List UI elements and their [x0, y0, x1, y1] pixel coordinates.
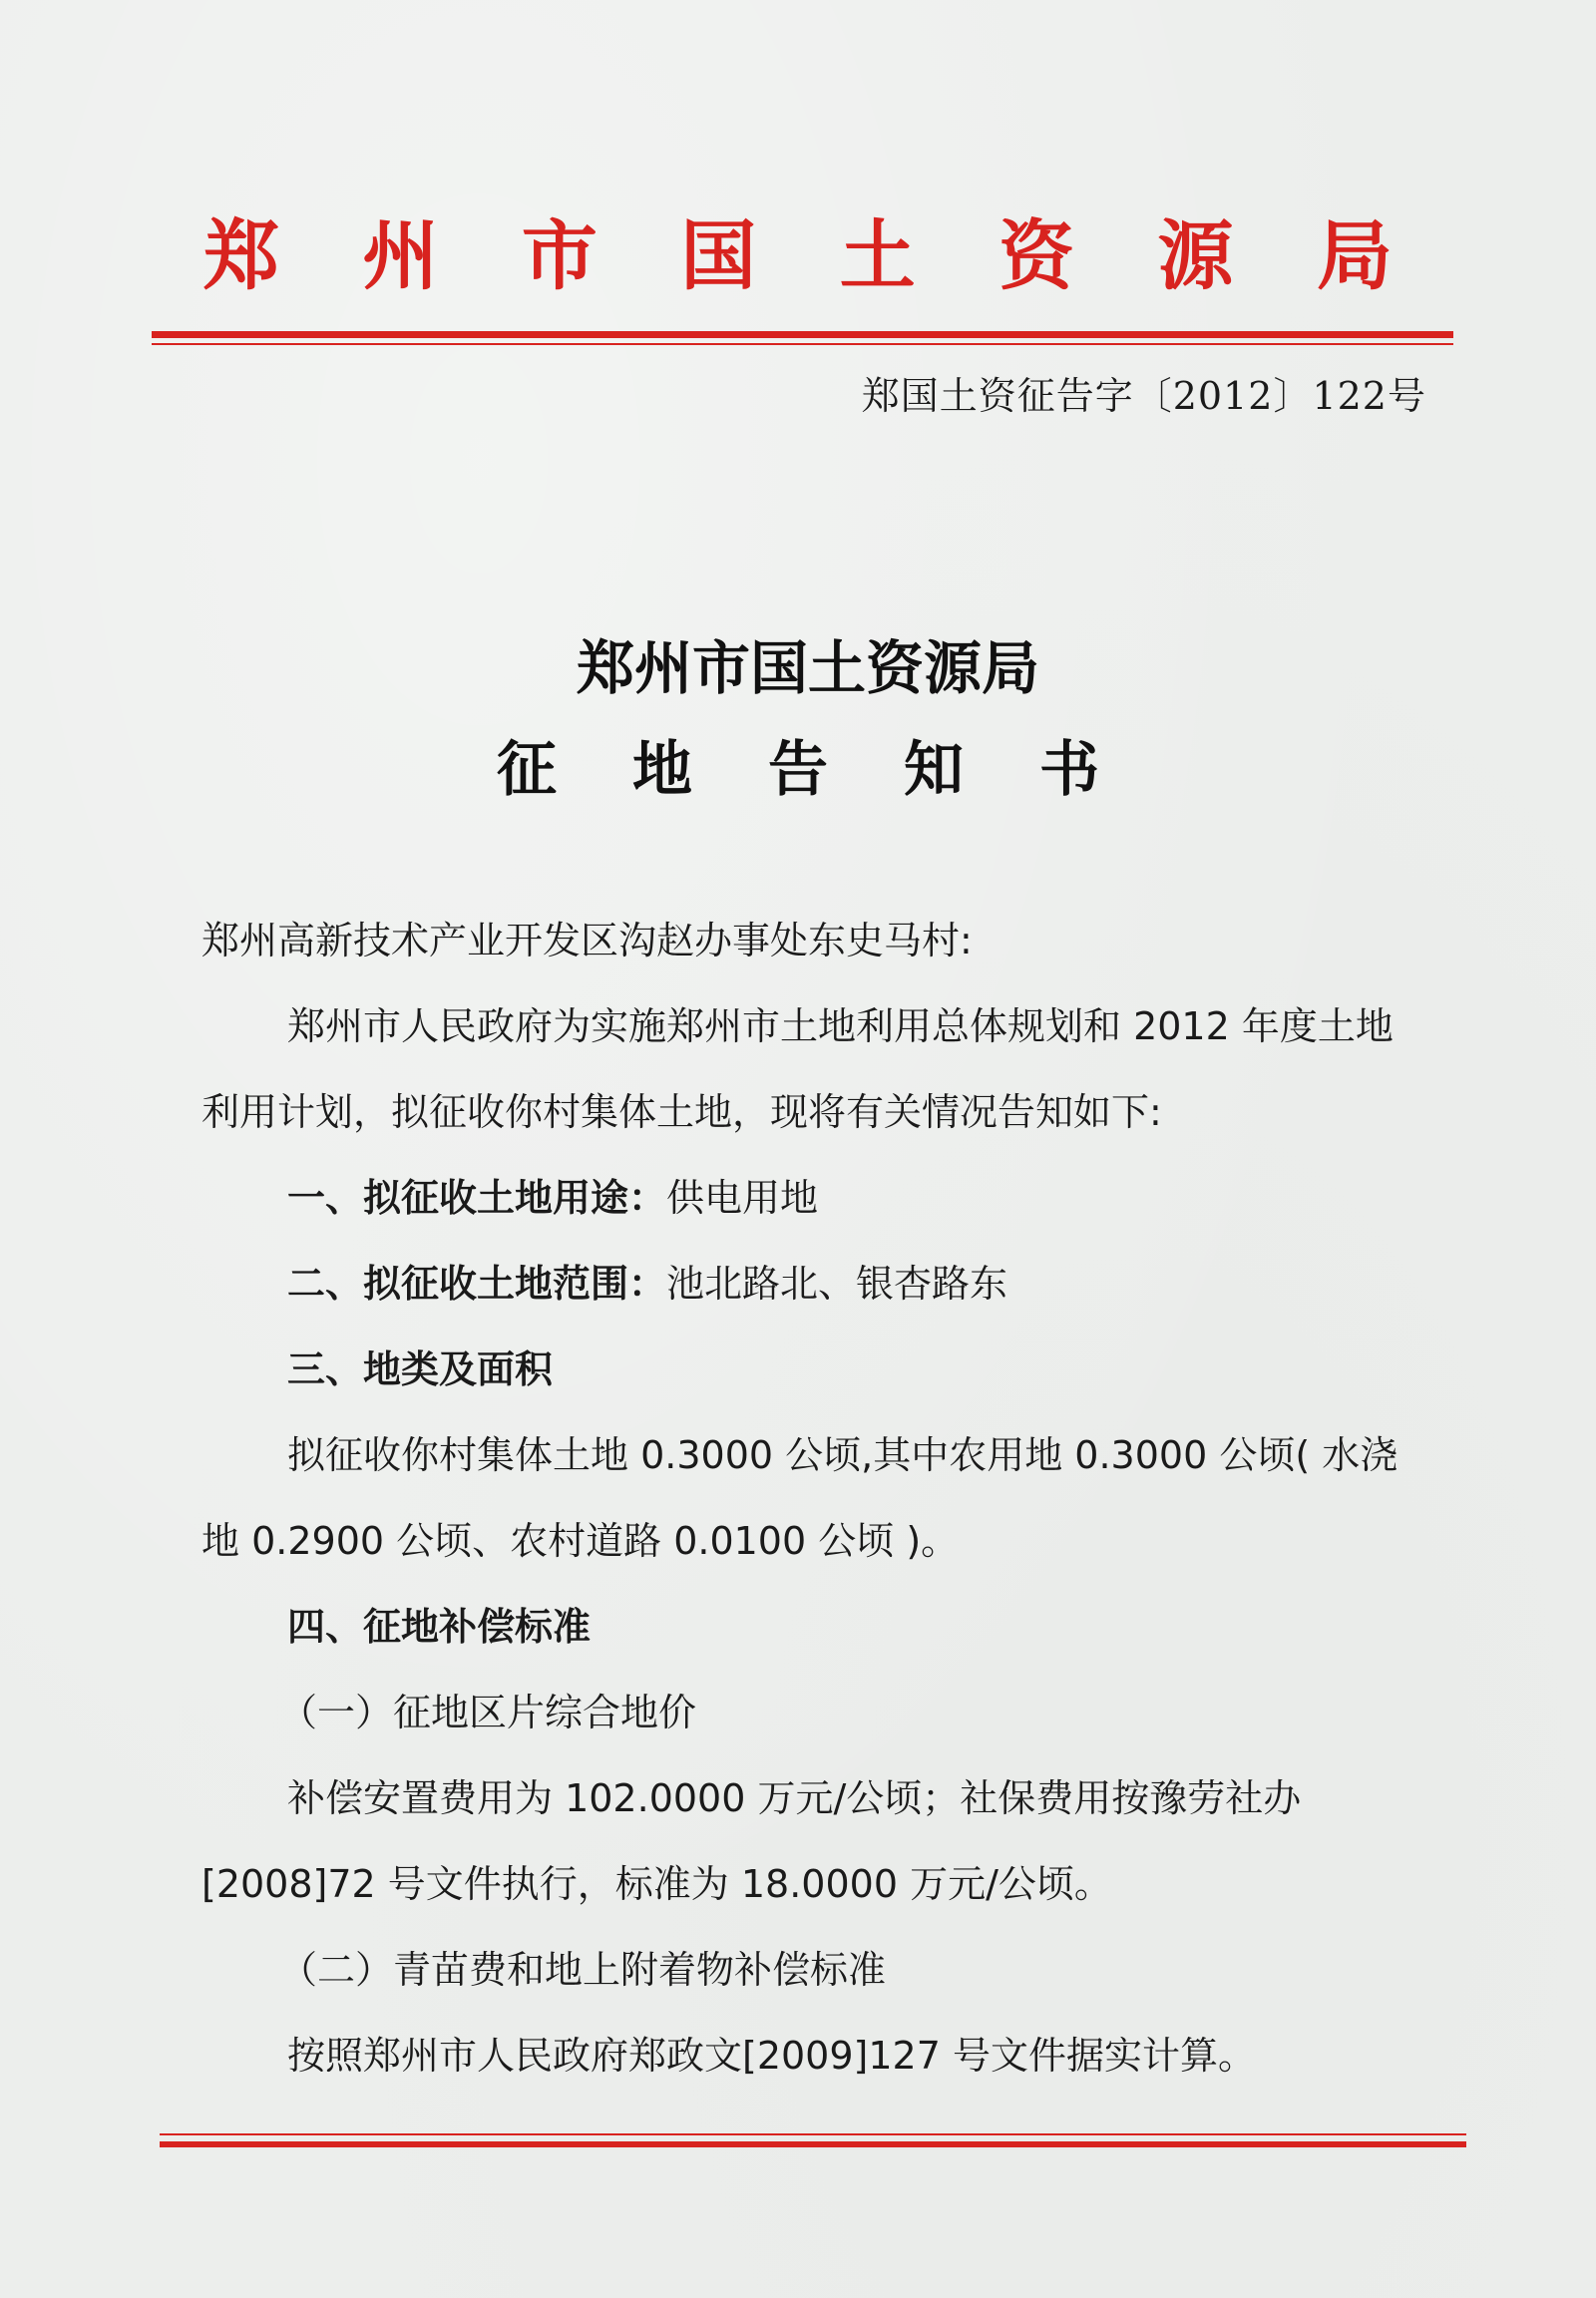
letterhead-char: 资	[995, 195, 1078, 304]
letterhead-char: 郑	[199, 195, 283, 304]
letterhead-char: 州	[358, 195, 442, 304]
letterhead-char: 市	[518, 195, 601, 304]
subsection-land-price: （一）征地区片综合地价	[201, 1670, 1428, 1755]
title-char: 书	[1024, 730, 1114, 810]
document-title: 郑州市国土资源局 征 地 告 知 书	[0, 628, 1596, 810]
compensation-paragraph: 补偿安置费用为 102.0000 万元/公顷；社保费用按豫劳社办[2008]72…	[201, 1755, 1428, 1927]
letterhead-char: 土	[836, 195, 920, 304]
letterhead-char: 局	[1313, 195, 1396, 304]
title-char: 征	[482, 730, 572, 810]
header-rule-thick	[152, 331, 1453, 338]
footer-rule-thin	[160, 2133, 1466, 2135]
addressee: 郑州高新技术产业开发区沟赵办事处东史马村:	[201, 898, 1428, 983]
title-organization: 郑州市国土资源局	[20, 628, 1596, 708]
section-label: 二、拟征收土地范围：	[287, 1262, 666, 1306]
section-compensation-standard: 四、征地补偿标准	[201, 1584, 1428, 1670]
crops-paragraph: 按照郑州市人民政府郑政文[2009]127 号文件据实计算。	[201, 2013, 1428, 2099]
land-area-paragraph: 拟征收你村集体土地 0.3000 公顷,其中农用地 0.3000 公顷( 水浇地…	[201, 1412, 1428, 1584]
section-value: 池北路北、银杏路东	[666, 1262, 1007, 1306]
section-value: 供电用地	[666, 1176, 818, 1220]
letterhead-title: 郑 州 市 国 土 资 源 局	[199, 199, 1396, 299]
title-char: 告	[753, 730, 843, 810]
header-rule-thin	[152, 343, 1453, 345]
document-number: 郑国土资征告字〔2012〕122号	[862, 365, 1426, 420]
footer-rule-thick	[160, 2141, 1466, 2147]
section-land-scope: 二、拟征收土地范围：池北路北、银杏路东	[201, 1241, 1428, 1327]
title-document-type: 征 地 告 知 书	[0, 730, 1596, 810]
letterhead-char: 国	[676, 195, 760, 304]
section-label: 一、拟征收土地用途：	[287, 1176, 666, 1220]
intro-paragraph: 郑州市人民政府为实施郑州市土地利用总体规划和 2012 年度土地利用计划，拟征收…	[201, 983, 1428, 1155]
letterhead-char: 源	[1154, 195, 1238, 304]
document-body: 郑州高新技术产业开发区沟赵办事处东史马村: 郑州市人民政府为实施郑州市土地利用总…	[201, 898, 1428, 2099]
title-char: 知	[889, 730, 979, 810]
title-char: 地	[617, 730, 707, 810]
section-land-type-area: 三、地类及面积	[201, 1327, 1428, 1412]
subsection-crops-attachments: （二）青苗费和地上附着物补偿标准	[201, 1927, 1428, 2013]
section-land-use: 一、拟征收土地用途：供电用地	[201, 1155, 1428, 1241]
document-page: 郑 州 市 国 土 资 源 局 郑国土资征告字〔2012〕122号 郑州市国土资…	[0, 0, 1596, 2298]
